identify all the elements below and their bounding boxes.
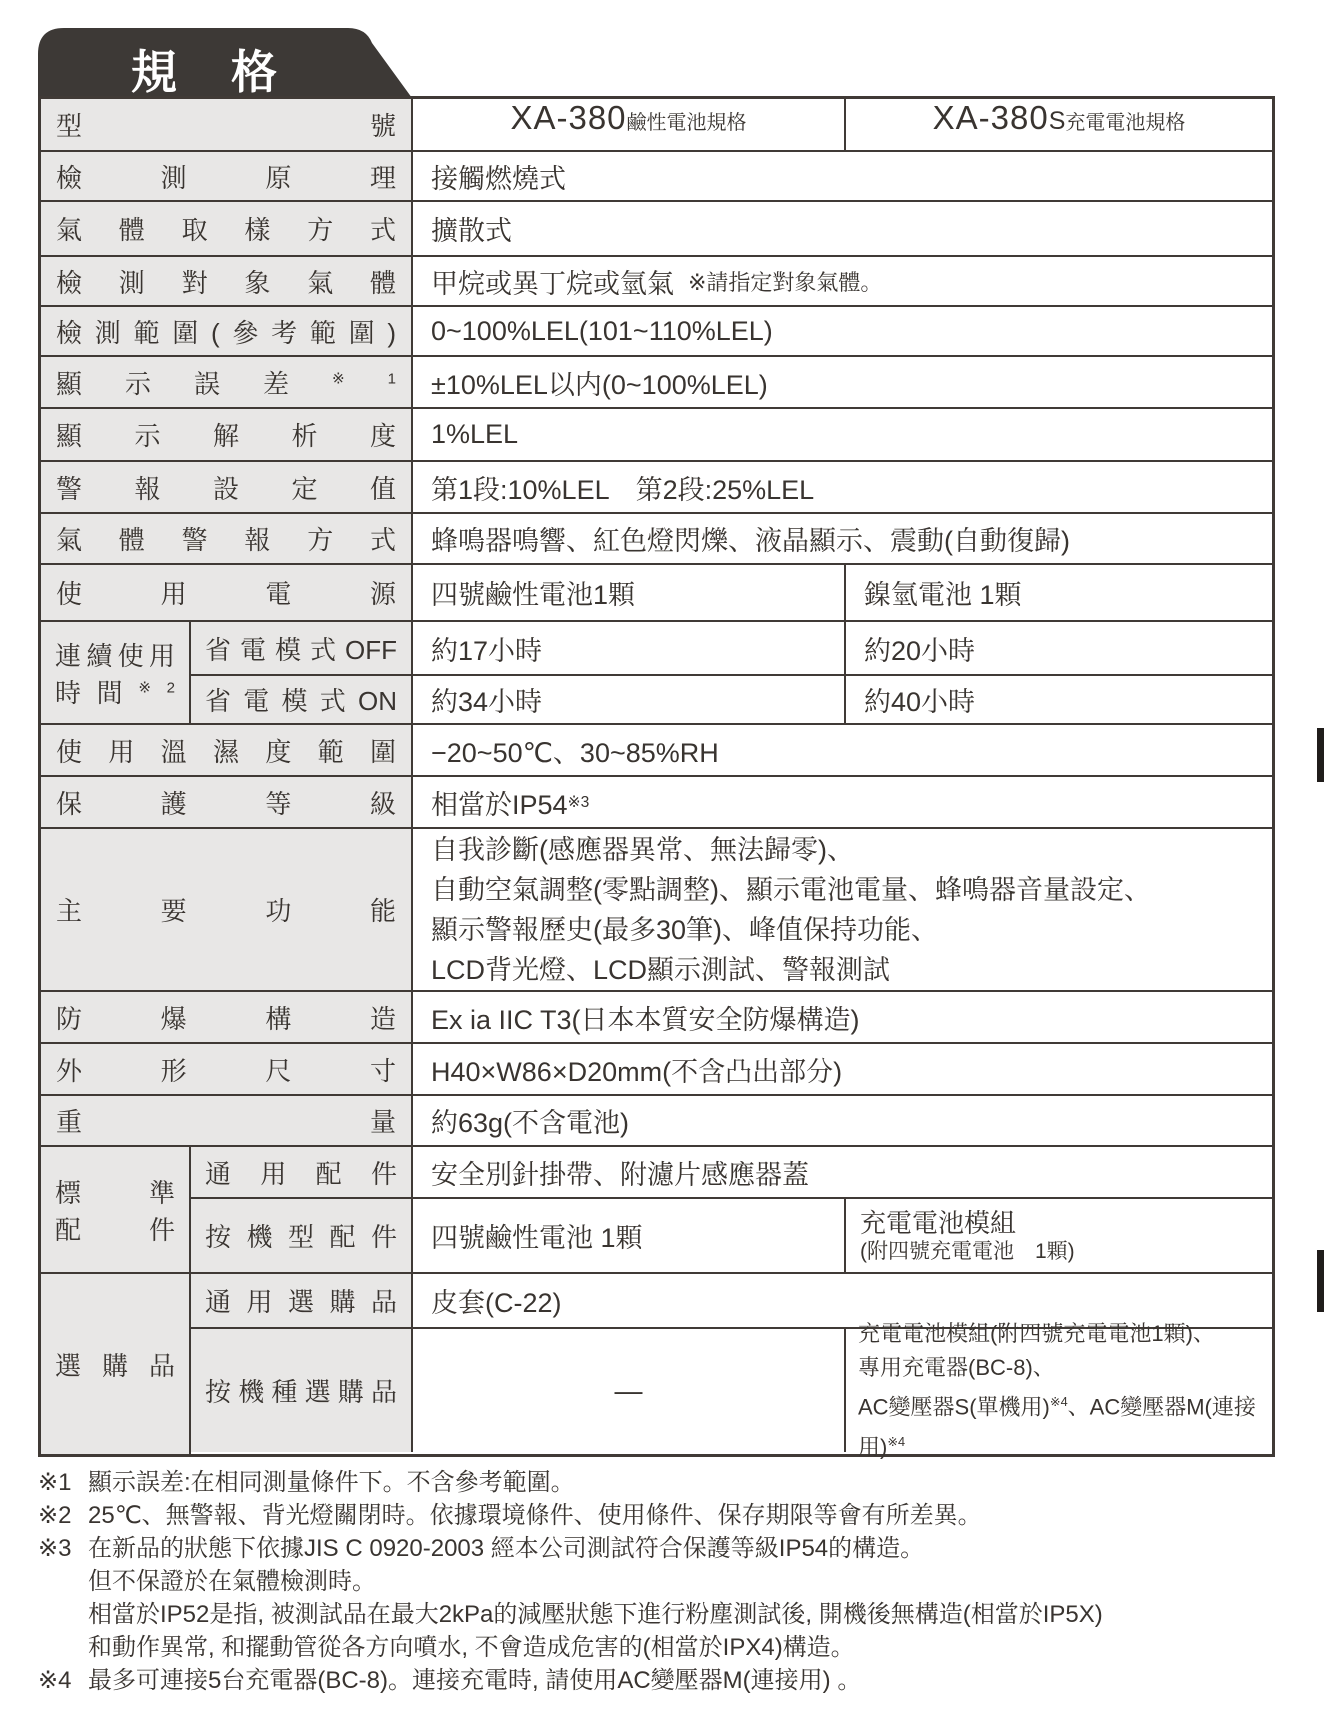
common-accessories-value: 安全別針掛帶、附濾片感應器蓋 [413,1147,1272,1197]
subrow-label: 按機種選購品 [191,1329,413,1452]
function-line: 自動空氣調整(零點調整)、顯示電池電量、蜂鳴器音量設定、 [431,870,1151,910]
model-name: XA-380 [510,99,626,137]
model-options-xa380s: 充電電池模組(附四號充電電池1顆)、 專用充電器(BC-8)、 AC變壓器S(單… [846,1329,1272,1452]
function-line: LCD背光燈、LCD顯示測試、警報測試 [431,950,890,990]
table-row-detection-principle: 檢測原理 接觸燃燒式 [41,152,1272,202]
subrow-model-options: 按機種選購品 — 充電電池模組(附四號充電電池1顆)、 專用充電器(BC-8)、… [191,1329,1272,1452]
row-value: 擴散式 [413,202,1272,255]
battery-life-on-xa380s: 約40小時 [846,676,1272,723]
row-value: H40×W86×D20mm(不含凸出部分) [413,1044,1272,1094]
row-value: 1%LEL [413,409,1272,460]
footnote-ref-4: ※4 [1050,1394,1068,1409]
subrow-powersave-off: 省電模式OFF 約17小時 約20小時 [191,622,1272,676]
row-label: 警報設定值 [41,462,413,512]
row-label: 氣體取樣方式 [41,202,413,255]
model-name: XA-380 [933,99,1049,137]
accessory-line-small: (附四號充電電池 1顆) [860,1239,1075,1265]
table-row-main-functions: 主要功能 自我診斷(感應器異常、無法歸零)、 自動空氣調整(零點調整)、顯示電池… [41,829,1272,992]
table-row-weight: 重量 約63g(不含電池) [41,1096,1272,1147]
subrow-label: 通用配件 [191,1147,413,1197]
table-row-alarm-method: 氣體警報方式 蜂鳴器鳴響、紅色燈閃爍、液晶顯示、震動(自動復歸) [41,514,1272,565]
subrow-label: 通用選購品 [191,1274,413,1327]
table-row-explosion-proof: 防爆構造 Ex ia IIC T3(日本本質安全防爆構造) [41,992,1272,1044]
row-value: 約63g(不含電池) [413,1096,1272,1145]
row-value: 相當於IP54※3 [413,777,1272,827]
spec-table: 型號 XA-380鹼性電池規格 XA-380S充電電池規格 檢測原理 接觸燃燒式… [38,96,1275,1457]
model-accessory-xa380s: 充電電池模組 (附四號充電電池 1顆) [846,1199,1272,1272]
footnote-marker [38,1598,88,1631]
row-value: Ex ia IIC T3(日本本質安全防爆構造) [413,992,1272,1042]
footnote-marker: ※4 [38,1664,88,1697]
row-label: 顯示解析度 [41,409,413,460]
footnote-text: 25℃、無警報、背光燈關閉時。依據環境條件、使用條件、保存期限等會有所差異。 [88,1499,1286,1532]
row-value: 接觸燃燒式 [413,152,1272,200]
power-source-xa380: 四號鹼性電池1顆 [413,565,846,620]
model-note: 充電電池規格 [1065,106,1185,135]
subrow-common-accessories: 通用配件 安全別針掛帶、附濾片感應器蓋 [191,1147,1272,1199]
model-note: 鹼性電池規格 [627,106,747,135]
footnotes-block: ※1 顯示誤差:在相同測量條件下。不含參考範圍。 ※2 25℃、無警報、背光燈關… [38,1466,1286,1697]
group-label-battery-life: 連續使用 時間※2 [41,622,191,723]
main-functions-value: 自我診斷(感應器異常、無法歸零)、 自動空氣調整(零點調整)、顯示電池電量、蜂鳴… [413,829,1272,990]
footnote-marker [38,1565,88,1598]
footnote-ref-2: ※2 [138,679,175,696]
option-line: 充電電池模組(附四號充電電池1顆)、 [858,1317,1215,1351]
option-line: 專用充電器(BC-8)、 [858,1351,1055,1385]
table-group-options: 選購品 通用選購品 皮套(C-22) 按機種選購品 — 充電電池模組(附四號充電… [41,1274,1272,1454]
row-value: 第1段:10%LEL 第2段:25%LEL [413,462,1272,512]
page-edge-mark [1317,1250,1324,1312]
row-label-model: 型號 [41,99,413,150]
row-value: 蜂鳴器鳴響、紅色燈閃爍、液晶顯示、震動(自動復歸) [413,514,1272,563]
row-value: ±10%LEL以内(0~100%LEL) [413,357,1272,407]
subrow-powersave-on: 省電模式ON 約34小時 約40小時 [191,676,1272,723]
table-row-display-resolution: 顯示解析度 1%LEL [41,409,1272,462]
footnote-text: 相當於IP52是指, 被測試品在最大2kPa的減壓狀態下進行粉塵測試後, 開機後… [88,1598,1286,1631]
table-row-power-source: 使用電源 四號鹼性電池1顆 鎳氫電池 1顆 [41,565,1272,622]
footnote-3-cont: 但不保證於在氣體檢測時。 [38,1565,1286,1598]
table-row-target-gas: 檢測對象氣體 甲烷或異丁烷或氫氣 ※請指定對象氣體。 [41,257,1272,307]
row-label: 檢測範圍(參考範圍) [41,307,413,355]
model-cell-xa380: XA-380鹼性電池規格 [413,99,846,150]
subrow-model-accessories: 按機型配件 四號鹼性電池 1顆 充電電池模組 (附四號充電電池 1顆) [191,1199,1272,1272]
row-label: 防爆構造 [41,992,413,1042]
power-source-xa380s: 鎳氫電池 1顆 [846,565,1272,620]
row-label: 檢測對象氣體 [41,257,413,305]
row-value: 0~100%LEL(101~110%LEL) [413,307,1272,355]
row-value: −20~50℃、30~85%RH [413,725,1272,775]
model-suffix: S [1049,107,1066,136]
subrow-label: 按機型配件 [191,1199,413,1272]
footnote-marker [38,1631,88,1664]
row-value: 甲烷或異丁烷或氫氣 ※請指定對象氣體。 [413,257,1272,305]
footnote-3-cont: 和動作異常, 和擺動管從各方向噴水, 不會造成危害的(相當於IPX4)構造。 [38,1631,1286,1664]
row-label: 使用電源 [41,565,413,620]
table-row-model: 型號 XA-380鹼性電池規格 XA-380S充電電池規格 [41,99,1272,152]
table-group-battery-life: 連續使用 時間※2 省電模式OFF 約17小時 約20小時 省電模式ON 約34… [41,622,1272,725]
footnote-1: ※1 顯示誤差:在相同測量條件下。不含參考範圍。 [38,1466,1286,1499]
footnote-4: ※4 最多可連接5台充電器(BC-8)。連接充電時, 請使用AC變壓器M(連接用… [38,1664,1286,1697]
page-title: 規 格 [38,36,374,102]
footnote-ref-4: ※4 [887,1434,905,1449]
battery-life-off-xa380s: 約20小時 [846,622,1272,674]
subrow-label: 省電模式OFF [191,622,413,674]
group-label-standard-accessories: 標準 配件 [41,1147,191,1272]
target-gas-note: ※請指定對象氣體。 [688,266,882,297]
footnote-text: 但不保證於在氣體檢測時。 [88,1565,1286,1598]
subrow-label: 省電模式ON [191,676,413,723]
model-options-xa380: — [413,1329,846,1452]
row-label: 檢測原理 [41,152,413,200]
row-label: 外形尺寸 [41,1044,413,1094]
table-row-protection-class: 保護等級 相當於IP54※3 [41,777,1272,829]
footnote-text: 在新品的狀態下依據JIS C 0920-2003 經本公司測試符合保護等級IP5… [88,1532,1286,1565]
footnote-marker: ※3 [38,1532,88,1565]
battery-life-on-xa380: 約34小時 [413,676,846,723]
row-label: 氣體警報方式 [41,514,413,563]
target-gas-value: 甲烷或異丁烷或氫氣 [431,262,674,301]
footnote-3: ※3 在新品的狀態下依據JIS C 0920-2003 經本公司測試符合保護等級… [38,1532,1286,1565]
footnote-marker: ※2 [38,1499,88,1532]
row-label: 主要功能 [41,829,413,990]
function-line: 顯示警報歷史(最多30筆)、峰值保持功能、 [431,910,938,950]
option-line: AC變壓器S(單機用)※4、AC變壓器M(連接用)※4 [858,1385,1260,1464]
footnote-ref-3: ※3 [568,792,590,812]
battery-life-off-xa380: 約17小時 [413,622,846,674]
page-edge-mark [1317,728,1324,782]
table-row-display-accuracy: 顯示誤差※1 ±10%LEL以内(0~100%LEL) [41,357,1272,409]
row-label: 使用溫濕度範圍 [41,725,413,775]
table-row-dimensions: 外形尺寸 H40×W86×D20mm(不含凸出部分) [41,1044,1272,1096]
function-line: 自我診斷(感應器異常、無法歸零)、 [431,830,854,870]
table-group-standard-accessories: 標準 配件 通用配件 安全別針掛帶、附濾片感應器蓋 按機型配件 四號鹼性電池 1… [41,1147,1272,1274]
accessory-line: 充電電池模組 [860,1207,1016,1239]
table-row-temp-humidity-range: 使用溫濕度範圍 −20~50℃、30~85%RH [41,725,1272,777]
table-row-alarm-setpoints: 警報設定值 第1段:10%LEL 第2段:25%LEL [41,462,1272,514]
footnote-ref-1: ※1 [332,370,396,387]
model-accessory-xa380: 四號鹼性電池 1顆 [413,1199,846,1272]
group-label-options: 選購品 [41,1274,191,1454]
model-cell-xa380s: XA-380S充電電池規格 [846,99,1272,150]
table-row-sampling-method: 氣體取樣方式 擴散式 [41,202,1272,257]
footnote-marker: ※1 [38,1466,88,1499]
row-label: 保護等級 [41,777,413,827]
row-label: 重量 [41,1096,413,1145]
spec-sheet-page: 規 格 型號 XA-380鹼性電池規格 XA-380S充電電池規格 檢測原理 接… [0,0,1324,1736]
footnote-text: 顯示誤差:在相同測量條件下。不含參考範圍。 [88,1466,1286,1499]
table-row-detection-range: 檢測範圍(參考範圍) 0~100%LEL(101~110%LEL) [41,307,1272,357]
footnote-2: ※2 25℃、無警報、背光燈關閉時。依據環境條件、使用條件、保存期限等會有所差異… [38,1499,1286,1532]
footnote-3-cont: 相當於IP52是指, 被測試品在最大2kPa的減壓狀態下進行粉塵測試後, 開機後… [38,1598,1286,1631]
footnote-text: 最多可連接5台充電器(BC-8)。連接充電時, 請使用AC變壓器M(連接用) 。 [88,1664,1286,1697]
footnote-text: 和動作異常, 和擺動管從各方向噴水, 不會造成危害的(相當於IPX4)構造。 [88,1631,1286,1664]
spec-header-tab: 規 格 [38,28,412,98]
row-label: 顯示誤差※1 [41,357,413,407]
